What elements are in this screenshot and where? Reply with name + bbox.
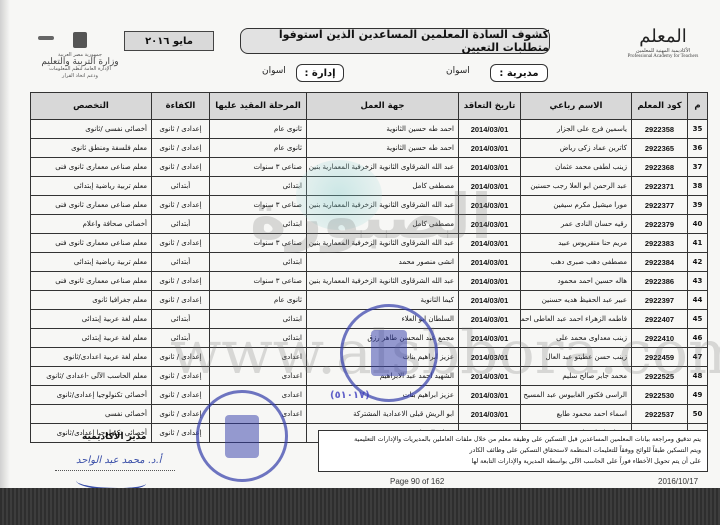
- contract-date-cell: 2014/03/01: [459, 158, 521, 177]
- workplace-cell: السلطان ابو العلاء: [307, 310, 459, 329]
- stage-cell: ابتدائى: [210, 215, 307, 234]
- table-row: 372922368زينب لطفى محمد عثمان2014/03/01ع…: [31, 158, 708, 177]
- teacher-name-cell: عبد الرحمن ابو العلا رجب حسنين: [521, 177, 632, 196]
- document-title: كشوف السادة المعلمين المساعدين الذين است…: [240, 28, 550, 54]
- teacher-name-cell: عبير عبد الحفيظ هديه حسنين: [521, 291, 632, 310]
- teacher-code-cell: 2922377: [632, 196, 688, 215]
- academy-logo: المعلم الأكاديمية المهنية للمعلمين Profe…: [618, 26, 708, 88]
- contract-date-cell: 2014/03/01: [459, 329, 521, 348]
- table-row: 362922365كاترين عماد زكى رياض2014/03/01ا…: [31, 139, 708, 158]
- specialization-cell: معلم لغة عربية اعدادى/ثانوى: [31, 348, 152, 367]
- stage-cell: اعدادى: [210, 405, 307, 424]
- teacher-name-cell: فاطمه الزهراء احمد عبد العاطى احمد: [521, 310, 632, 329]
- administration-label: إدارة :: [296, 64, 344, 82]
- competency-cell: إعدادى / ثانوى: [152, 120, 210, 139]
- note-line-1: يتم تدقيق ومراجعة بيانات المعلمين المساع…: [325, 434, 701, 445]
- row-index-cell: 40: [688, 215, 708, 234]
- specialization-cell: معلم لغة عربية إبتدائى: [31, 310, 152, 329]
- workplace-cell: الشهيد احمد عبد الابراهيم: [307, 367, 459, 386]
- competency-cell: أبتدائى: [152, 215, 210, 234]
- table-row: 352922358ياسمين فرج على الجزار2014/03/01…: [31, 120, 708, 139]
- specialization-cell: معلم صناعى معمارى ثانوى فنى: [31, 158, 152, 177]
- teacher-name-cell: اسماء احمد محمود طايع: [521, 405, 632, 424]
- stage-cell: اعدادى: [210, 386, 307, 405]
- competency-cell: إعدادى / ثانوى: [152, 405, 210, 424]
- document-date: مايو ٢٠١٦: [124, 31, 214, 51]
- stage-cell: ثانوى عام: [210, 120, 307, 139]
- stage-cell: صناعى ٣ سنوات: [210, 234, 307, 253]
- row-index-cell: 35: [688, 120, 708, 139]
- instructions-note: يتم تدقيق ومراجعة بيانات المعلمين المساع…: [318, 430, 708, 472]
- note-line-2: ويتم التسكين طبقاً للوائح ووفقاً للتعليم…: [325, 445, 701, 456]
- ministry-logo-line2: وزارة التربية والتعليم: [38, 59, 122, 66]
- contract-date-cell: 2014/03/01: [459, 253, 521, 272]
- teacher-code-cell: 2922368: [632, 158, 688, 177]
- contract-date-cell: 2014/03/01: [459, 234, 521, 253]
- col-header-index: م: [688, 93, 708, 120]
- specialization-cell: معلم فلسفة ومنطق ثانوى: [31, 139, 152, 158]
- stage-cell: ابتدائى: [210, 253, 307, 272]
- contract-date-cell: 2014/03/01: [459, 139, 521, 158]
- contract-date-cell: 2014/03/01: [459, 196, 521, 215]
- specialization-cell: أخصائى تكنولوجيا إعدادى/ثانوى: [31, 386, 152, 405]
- workplace-cell: عبد الله الشرقاوى الثانوية الزخرفية المع…: [307, 234, 459, 253]
- teacher-code-cell: 2922383: [632, 234, 688, 253]
- specialization-cell: معلم صناعى معمارى ثانوى فنى: [31, 234, 152, 253]
- stage-cell: صناعى ٣ سنوات: [210, 272, 307, 291]
- scan-background: [0, 488, 720, 525]
- teacher-name-cell: زينب لطفى محمد عثمان: [521, 158, 632, 177]
- workplace-cell: عزيز ابراهيم بنات: [307, 348, 459, 367]
- row-index-cell: 37: [688, 158, 708, 177]
- page-edge-shadow: [0, 0, 10, 488]
- academy-logo-calligraphy: المعلم: [618, 26, 708, 48]
- teacher-code-cell: 2922397: [632, 291, 688, 310]
- specialization-cell: أخصائى نفسى /ثانوى: [31, 120, 152, 139]
- teacher-code-cell: 2922537: [632, 405, 688, 424]
- contract-date-cell: 2014/03/01: [459, 348, 521, 367]
- competency-cell: أبتدائى: [152, 177, 210, 196]
- row-index-cell: 48: [688, 367, 708, 386]
- competency-cell: إعدادى / ثانوى: [152, 291, 210, 310]
- teacher-name-cell: زينب معداوى محمد على: [521, 329, 632, 348]
- stage-cell: اعدادى: [210, 367, 307, 386]
- signature-line: [55, 470, 175, 471]
- specialization-cell: أخصائى نفسى: [31, 405, 152, 424]
- row-index-cell: 39: [688, 196, 708, 215]
- teacher-code-cell: 2922358: [632, 120, 688, 139]
- teacher-name-cell: مريم حنا منقريوس عبيد: [521, 234, 632, 253]
- col-header-name: الاسم رباعي: [521, 93, 632, 120]
- teacher-name-cell: الراسى فكتور الغابيوس عبد المسيح: [521, 386, 632, 405]
- directorate-label: مديرية :: [490, 64, 548, 82]
- teacher-name-cell: هاله حسين احمد محمود: [521, 272, 632, 291]
- print-date: 2016/10/17: [658, 477, 698, 486]
- row-index-cell: 50: [688, 405, 708, 424]
- document-page: جمهورية مصر العربية وزارة التربية والتعل…: [0, 0, 720, 488]
- stage-cell: صناعى ٣ سنوات: [210, 196, 307, 215]
- contract-date-cell: 2014/03/01: [459, 177, 521, 196]
- specialization-cell: معلم صناعى معمارى ثانوى فنى: [31, 196, 152, 215]
- competency-cell: إعدادى / ثانوى: [152, 139, 210, 158]
- specialization-cell: معلم تربية رياضية إبتدائى: [31, 253, 152, 272]
- table-row: 412922383مريم حنا منقريوس عبيد2014/03/01…: [31, 234, 708, 253]
- row-index-cell: 46: [688, 329, 708, 348]
- competency-cell: إعدادى / ثانوى: [152, 158, 210, 177]
- teacher-code-cell: 2922365: [632, 139, 688, 158]
- competency-cell: إعدادى / ثانوى: [152, 272, 210, 291]
- contract-date-cell: 2014/03/01: [459, 310, 521, 329]
- row-index-cell: 42: [688, 253, 708, 272]
- table-row: 402922379رقيه حسان النادى عمر2014/03/01م…: [31, 215, 708, 234]
- row-index-cell: 41: [688, 234, 708, 253]
- row-index-cell: 45: [688, 310, 708, 329]
- stage-cell: ابتدائى: [210, 310, 307, 329]
- teacher-code-cell: 2922410: [632, 329, 688, 348]
- stage-cell: ابتدائى: [210, 177, 307, 196]
- plane-icon: [38, 36, 54, 40]
- teacher-name-cell: مورا ميشيل مكرم سيفين: [521, 196, 632, 215]
- competency-cell: إعدادى / ثانوى: [152, 386, 210, 405]
- stage-cell: ابتدائى: [210, 329, 307, 348]
- workplace-cell: عبد الله الشرقاوى الثانوية الزخرفية المع…: [307, 196, 459, 215]
- table-header-row: م كود المعلم الاسم رباعي تاريخ التعاقد ج…: [31, 93, 708, 120]
- teacher-code-cell: 2922371: [632, 177, 688, 196]
- specialization-cell: معلم الحاسب الآلى -اعدادى /ثانوى: [31, 367, 152, 386]
- row-index-cell: 43: [688, 272, 708, 291]
- workplace-cell: عبد الله الشرقاوى الثانوية الزخرفية المع…: [307, 158, 459, 177]
- specialization-cell: معلم لغة عربية إبتدائى: [31, 329, 152, 348]
- stage-cell: ثانوى عام: [210, 139, 307, 158]
- stage-cell: ثانوى عام: [210, 291, 307, 310]
- workplace-cell: احمد طه حسين الثانوية: [307, 139, 459, 158]
- table-row: 392922377مورا ميشيل مكرم سيفين2014/03/01…: [31, 196, 708, 215]
- competency-cell: أبتدائى: [152, 329, 210, 348]
- contract-date-cell: 2014/03/01: [459, 367, 521, 386]
- ministry-logo-line4: ودعم اتخاذ القرار: [38, 73, 122, 80]
- eagle-emblem-icon: [73, 32, 87, 48]
- row-index-cell: 47: [688, 348, 708, 367]
- competency-cell: إعدادى / ثانوى: [152, 196, 210, 215]
- administration-value: اسوان: [262, 66, 286, 76]
- signature-title: مدير الأكاديمية: [82, 432, 146, 442]
- contract-date-cell: 2014/03/01: [459, 405, 521, 424]
- contract-date-cell: 2014/03/01: [459, 386, 521, 405]
- workplace-cell: انشى منصور محمد: [307, 253, 459, 272]
- col-header-contract-date: تاريخ التعاقد: [459, 93, 521, 120]
- teacher-name-cell: رقيه حسان النادى عمر: [521, 215, 632, 234]
- teacher-code-cell: 2922379: [632, 215, 688, 234]
- table-row: 422922384مصطفى دهب صبرى دهب2014/03/01انش…: [31, 253, 708, 272]
- col-header-code: كود المعلم: [632, 93, 688, 120]
- competency-cell: إعدادى / ثانوى: [152, 424, 210, 443]
- row-index-cell: 36: [688, 139, 708, 158]
- teacher-code-cell: 2922525: [632, 367, 688, 386]
- table-row: 452922407فاطمه الزهراء احمد عبد العاطى ا…: [31, 310, 708, 329]
- specialization-cell: معلم جغرافيا ثانوى: [31, 291, 152, 310]
- ministry-logo: جمهورية مصر العربية وزارة التربية والتعل…: [38, 28, 122, 88]
- contract-date-cell: 2014/03/01: [459, 120, 521, 139]
- teacher-name-cell: مصطفى دهب صبرى دهب: [521, 253, 632, 272]
- teacher-code-cell: 2922384: [632, 253, 688, 272]
- competency-cell: أبتدائى: [152, 253, 210, 272]
- page-number: Page 90 of 162: [390, 477, 444, 486]
- table-row: 482922525محمد جابر صالح سليم2014/03/01ال…: [31, 367, 708, 386]
- row-index-cell: 49: [688, 386, 708, 405]
- competency-cell: أبتدائى: [152, 310, 210, 329]
- table-row: 462922410زينب معداوى محمد على2014/03/01م…: [31, 329, 708, 348]
- row-index-cell: 38: [688, 177, 708, 196]
- stage-cell: صناعى ٣ سنوات: [210, 158, 307, 177]
- contract-date-cell: 2014/03/01: [459, 215, 521, 234]
- specialization-cell: أخصائى صحافة واعلام: [31, 215, 152, 234]
- teacher-name-cell: ياسمين فرج على الجزار: [521, 120, 632, 139]
- table-row: 382922371عبد الرحمن ابو العلا رجب حسنين2…: [31, 177, 708, 196]
- col-header-stage: المرحلة المقيد عليها: [210, 93, 307, 120]
- stage-cell: [210, 424, 307, 443]
- contract-date-cell: 2014/03/01: [459, 291, 521, 310]
- col-header-specialization: التخصص: [31, 93, 152, 120]
- workplace-cell: مجمع عبد المحسن طاهر رزق: [307, 329, 459, 348]
- workplace-cell: احمد طه حسين الثانوية: [307, 120, 459, 139]
- stamp-number: (٥١٠١٧): [330, 390, 370, 401]
- specialization-cell: معلم صناعى معمارى ثانوى فنى: [31, 272, 152, 291]
- stage-cell: اعدادى: [210, 348, 307, 367]
- table-row: 432922386هاله حسين احمد محمود2014/03/01ع…: [31, 272, 708, 291]
- workplace-cell: عبد الله الشرقاوى الثانوية الزخرفية المع…: [307, 272, 459, 291]
- directorate-value: اسوان: [446, 66, 470, 76]
- table-row: 502922537اسماء احمد محمود طايع2014/03/01…: [31, 405, 708, 424]
- teacher-name-cell: كاترين عماد زكى رياض: [521, 139, 632, 158]
- competency-cell: إعدادى / ثانوى: [152, 234, 210, 253]
- teacher-code-cell: 2922407: [632, 310, 688, 329]
- teacher-code-cell: 2922530: [632, 386, 688, 405]
- workplace-cell: كيما الثانوية: [307, 291, 459, 310]
- teacher-code-cell: 2922386: [632, 272, 688, 291]
- workplace-cell: ابو الريش قبلى الاعدادية المشتركة: [307, 405, 459, 424]
- teacher-name-cell: زينب حسن عطيتو عبد العال: [521, 348, 632, 367]
- ministry-logo-line3: الإدارة العامة لنظم المعلومات: [38, 66, 122, 73]
- note-line-3: على أن يتم تحويل الأخطاء فوراً على الحاس…: [325, 456, 701, 467]
- teacher-name-cell: محمد جابر صالح سليم: [521, 367, 632, 386]
- academy-logo-english: Professional Academy for Teachers: [618, 54, 708, 59]
- workplace-cell: مصطفى كامل: [307, 177, 459, 196]
- row-index-cell: 44: [688, 291, 708, 310]
- teacher-code-cell: 2922459: [632, 348, 688, 367]
- competency-cell: إعدادى / ثانوى: [152, 348, 210, 367]
- specialization-cell: معلم تربية رياضية إبتدائى: [31, 177, 152, 196]
- workplace-cell: مصطفى كامل: [307, 215, 459, 234]
- competency-cell: إعدادى / ثانوى: [152, 367, 210, 386]
- contract-date-cell: 2014/03/01: [459, 272, 521, 291]
- signature-name: أ.د. محمد عبد الواحد: [76, 455, 161, 466]
- col-header-workplace: جهة العمل: [307, 93, 459, 120]
- table-row: 442922397عبير عبد الحفيظ هديه حسنين2014/…: [31, 291, 708, 310]
- table-row: 472922459زينب حسن عطيتو عبد العال2014/03…: [31, 348, 708, 367]
- col-header-competency: الكفاءة: [152, 93, 210, 120]
